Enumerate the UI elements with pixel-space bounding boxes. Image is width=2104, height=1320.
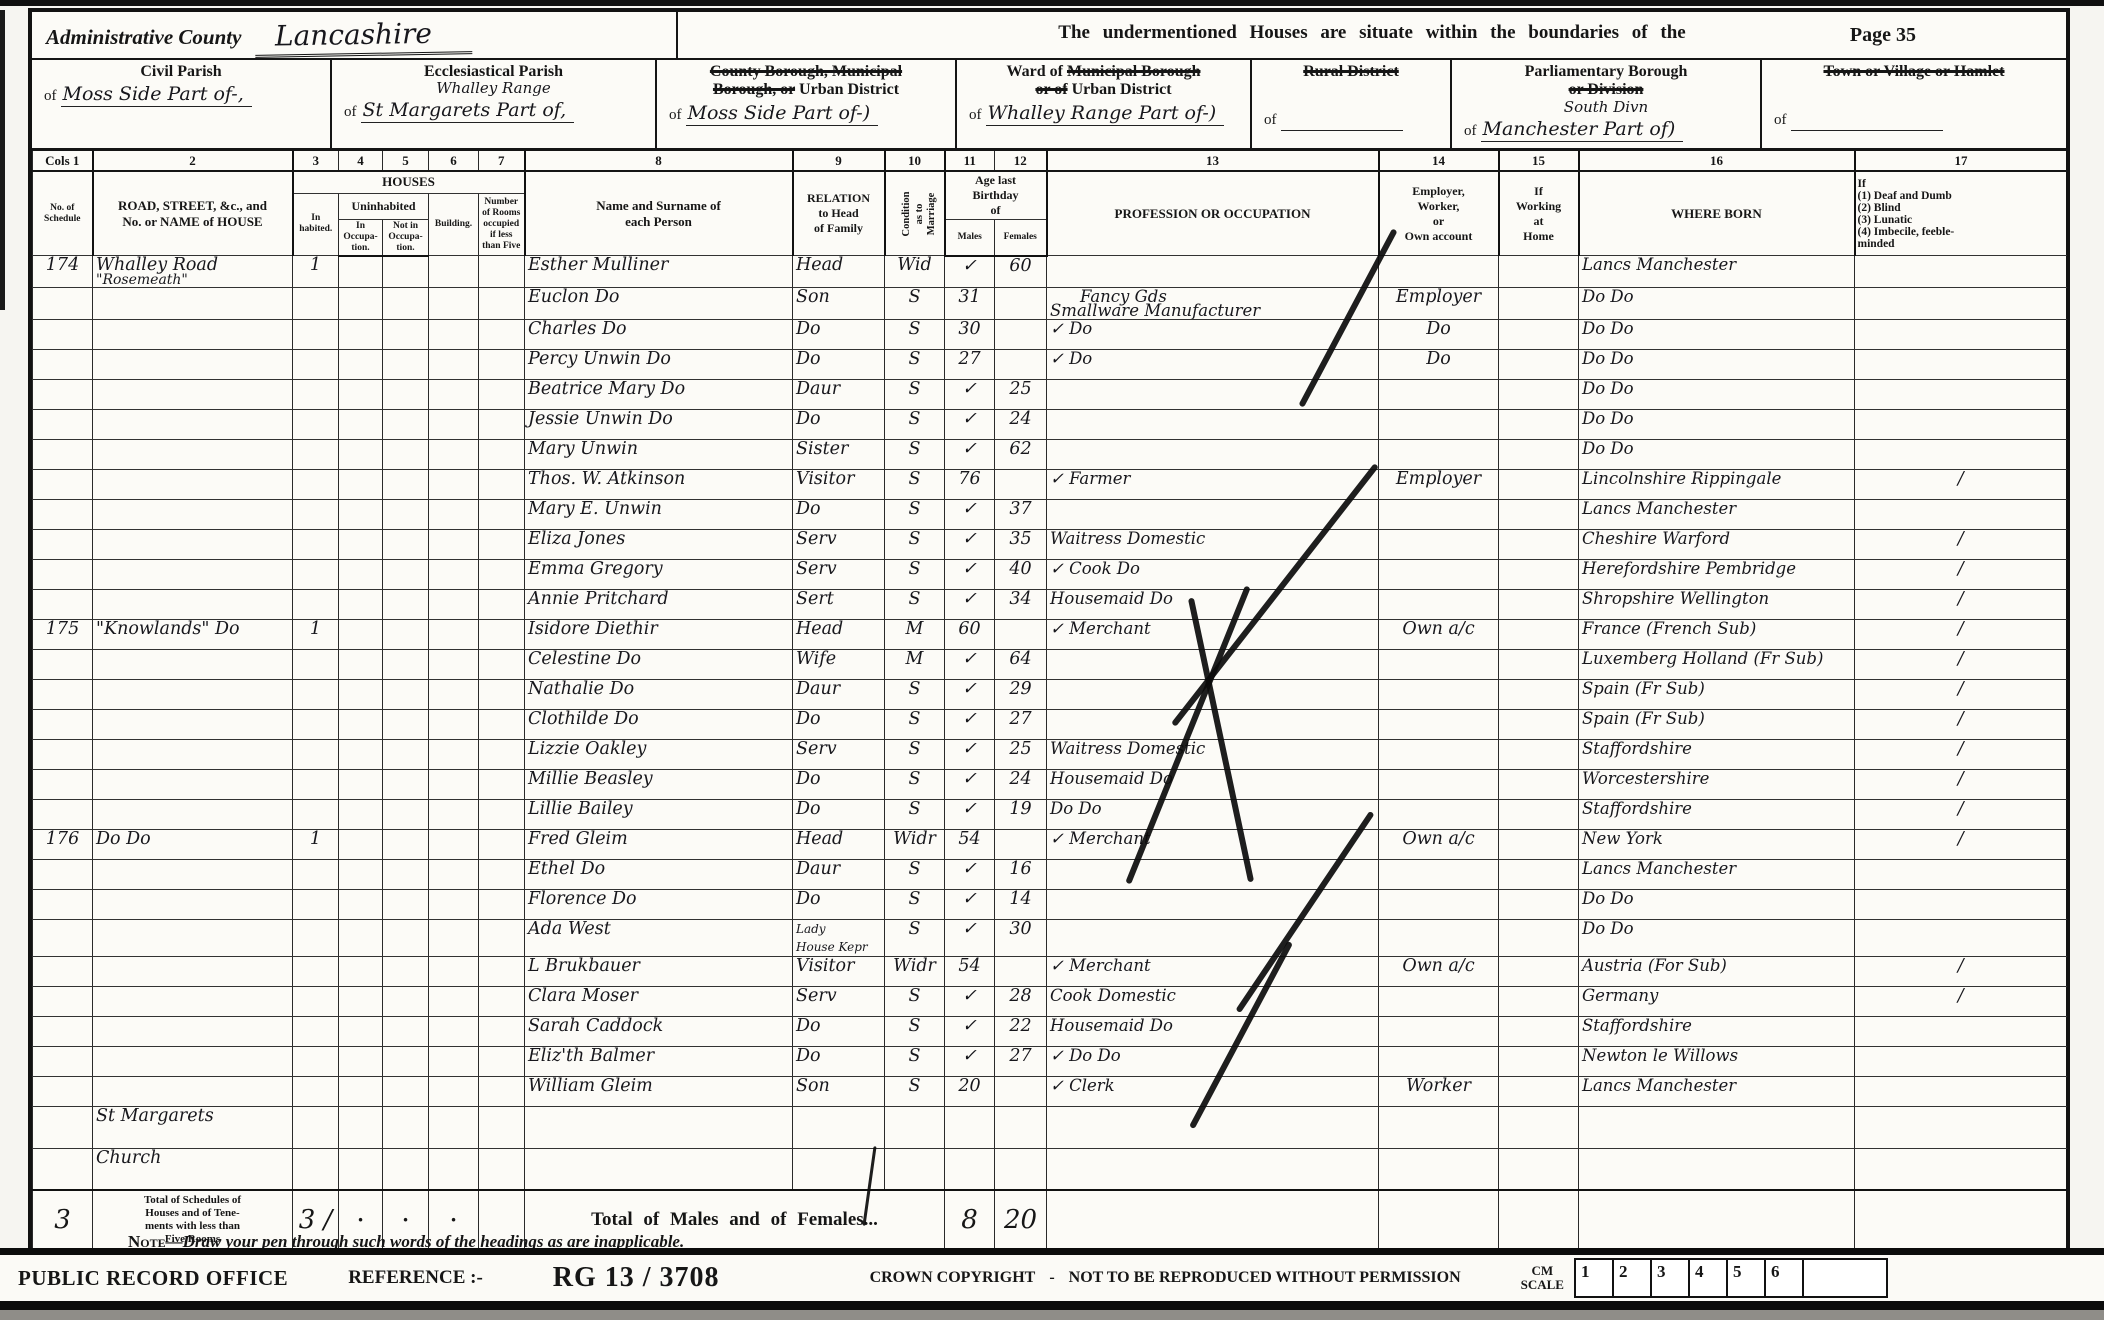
cell-o6 (429, 379, 479, 409)
cell-home (1499, 256, 1579, 288)
col-header-in-occupation: In Occupa- tion. (339, 220, 383, 256)
cell-rel: Lady House Kepr (793, 919, 885, 956)
cell-inh (293, 439, 339, 469)
scale-box-1: 1 (1574, 1258, 1612, 1298)
cell-sch (33, 349, 93, 379)
cell-road (93, 529, 293, 559)
cell-inf: / (1855, 649, 2067, 679)
colnum-13: 13 (1047, 151, 1379, 171)
census-form: Administrative County Lancashire The und… (28, 8, 2070, 1252)
table-row: Eliz'th BalmerDoS✓27✓ Do DoNewton le Wil… (33, 1046, 2067, 1076)
cell-inf: / (1855, 559, 2067, 589)
cell-af: 30 (995, 919, 1047, 956)
cell-am: ✓ (945, 439, 995, 469)
cell-occ: Housemaid Do (1047, 589, 1379, 619)
cell-sch (33, 956, 93, 986)
cell-cond: S (885, 288, 945, 320)
cell-home (1499, 469, 1579, 499)
cell-sch (33, 1148, 93, 1190)
colnum-6: 6 (429, 151, 479, 171)
cell-sch (33, 499, 93, 529)
census-scan-page: 145 Administrative County Lancashire The… (0, 0, 2104, 1320)
colnum-11: 11 (945, 151, 995, 171)
cell-o5 (383, 739, 429, 769)
cell-occ: ✓ Merchant (1047, 829, 1379, 859)
cell-occ (1047, 889, 1379, 919)
cell-cond: M (885, 619, 945, 649)
cell-occ: Housemaid Do (1047, 769, 1379, 799)
cell-inh (293, 379, 339, 409)
cell-emp: Own a/c (1379, 829, 1499, 859)
cell-o5 (383, 1106, 429, 1148)
cell-inh (293, 1046, 339, 1076)
parliamentary-struck: or Division (1569, 81, 1644, 98)
civil-parish-value: ofMoss Side Part of-, (38, 83, 324, 106)
census-rows: 174Whalley Road"Rosemeath"1Esther Mullin… (33, 256, 2067, 1191)
cell-am: ✓ (945, 649, 995, 679)
cell-inh (293, 589, 339, 619)
cell-af (995, 1076, 1047, 1106)
ward-kept-2: Urban District (1072, 81, 1172, 98)
cell-emp (1379, 986, 1499, 1016)
cell-name: Eliz'th Balmer (525, 1046, 793, 1076)
cell-born: Staffordshire (1579, 1016, 1855, 1046)
cell-rel: Serv (793, 739, 885, 769)
ward-kept-1: Ward of (1007, 63, 1063, 80)
cell-inh (293, 469, 339, 499)
cell-home (1499, 319, 1579, 349)
cell-inh (293, 986, 339, 1016)
cell-am: 60 (945, 619, 995, 649)
cell-o4 (339, 679, 383, 709)
cell-name: Esther Mulliner (525, 256, 793, 288)
cell-am: 76 (945, 469, 995, 499)
scan-left-edge (0, 10, 5, 310)
cell-inh (293, 559, 339, 589)
cell-sch: 175 (33, 619, 93, 649)
cell-af: 62 (995, 439, 1047, 469)
cell-rel (793, 1106, 885, 1148)
cell-name: Millie Beasley (525, 769, 793, 799)
cell-o4 (339, 349, 383, 379)
cell-rel: Daur (793, 679, 885, 709)
col-header-occupation: PROFESSION OR OCCUPATION (1047, 171, 1379, 256)
column-header-row: No. of Schedule ROAD, STREET, &c., and N… (33, 171, 2067, 193)
cell-sch (33, 439, 93, 469)
cell-emp (1379, 739, 1499, 769)
cell-o7 (479, 469, 525, 499)
table-row: Clothilde DoDoS✓27Spain (Fr Sub)/ (33, 709, 2067, 739)
col-header-at-home: If Working at Home (1499, 171, 1579, 256)
cell-born: Staffordshire (1579, 739, 1855, 769)
cell-sch (33, 859, 93, 889)
cell-emp (1379, 649, 1499, 679)
scale-box-3: 3 (1650, 1258, 1688, 1298)
cell-born: Herefordshire Pembridge (1579, 559, 1855, 589)
cell-road (93, 799, 293, 829)
cell-road (93, 739, 293, 769)
cell-home (1499, 288, 1579, 320)
cell-af: 34 (995, 589, 1047, 619)
scan-top-edge (0, 0, 2104, 6)
cell-road (93, 859, 293, 889)
cell-o6 (429, 739, 479, 769)
cell-o4 (339, 799, 383, 829)
cell-emp (1379, 559, 1499, 589)
cell-name: Sarah Caddock (525, 1016, 793, 1046)
cell-o6 (429, 288, 479, 320)
cell-inh (293, 919, 339, 956)
cell-cond: S (885, 709, 945, 739)
cell-sch (33, 709, 93, 739)
scale-box-6: 6 (1764, 1258, 1802, 1298)
cell-born: Newton le Willows (1579, 1046, 1855, 1076)
cell-cond: S (885, 799, 945, 829)
parliamentary-kept: Parliamentary Borough (1525, 63, 1688, 80)
administrative-county-box: Administrative County Lancashire (32, 12, 678, 58)
cell-name: Clara Moser (525, 986, 793, 1016)
cell-o7 (479, 739, 525, 769)
cell-emp: Do (1379, 349, 1499, 379)
cell-o7 (479, 288, 525, 320)
footer-copyright: CROWN COPYRIGHT (870, 1269, 1036, 1287)
cell-inf: / (1855, 469, 2067, 499)
cell-o6 (429, 439, 479, 469)
cell-occ (1047, 409, 1379, 439)
cell-o6 (429, 559, 479, 589)
cell-cond: S (885, 919, 945, 956)
cell-o4 (339, 919, 383, 956)
of-label: of (44, 88, 57, 104)
cell-o7 (479, 679, 525, 709)
civil-parish-box: Civil Parish ofMoss Side Part of-, (32, 60, 332, 148)
cell-road (93, 499, 293, 529)
cell-sch (33, 919, 93, 956)
table-row: Florence DoDoS✓14Do Do (33, 889, 2067, 919)
cell-cond: S (885, 1076, 945, 1106)
cell-o5 (383, 889, 429, 919)
cell-name: Annie Pritchard (525, 589, 793, 619)
cell-cond: S (885, 889, 945, 919)
cell-am: 54 (945, 956, 995, 986)
cell-rel: Head (793, 256, 885, 288)
parliamentary-above: South Divn (1458, 98, 1754, 116)
cell-home (1499, 739, 1579, 769)
table-row: Annie PritchardSertS✓34Housemaid DoShrop… (33, 589, 2067, 619)
of-label: of (1264, 112, 1277, 128)
scale-box-2: 2 (1612, 1258, 1650, 1298)
cell-emp (1379, 499, 1499, 529)
cell-name: L Brukbauer (525, 956, 793, 986)
cell-sch: 174 (33, 256, 93, 288)
table-row: Thos. W. AtkinsonVisitorS76✓ FarmerEmplo… (33, 469, 2067, 499)
cell-emp: Do (1379, 319, 1499, 349)
cell-o5 (383, 986, 429, 1016)
pro-reference-bar: PUBLIC RECORD OFFICE REFERENCE :- RG 13 … (0, 1248, 2104, 1310)
cell-am: 20 (945, 1076, 995, 1106)
colnum-15: 15 (1499, 151, 1579, 171)
cell-name: Jessie Unwin Do (525, 409, 793, 439)
cell-born: Do Do (1579, 409, 1855, 439)
cell-o5 (383, 439, 429, 469)
table-row: Beatrice Mary DoDaurS✓25Do Do (33, 379, 2067, 409)
cell-rel: Head (793, 619, 885, 649)
cell-name (525, 1106, 793, 1148)
cell-name: Fred Gleim (525, 829, 793, 859)
cell-inf (1855, 1076, 2067, 1106)
cell-o5 (383, 288, 429, 320)
cell-am (945, 1148, 995, 1190)
cell-o7 (479, 956, 525, 986)
cell-name: Mary E. Unwin (525, 499, 793, 529)
of-label: of (344, 104, 357, 120)
cell-inf: / (1855, 956, 2067, 986)
col-header-inhabited: In habited. (293, 193, 339, 256)
cell-born: Worcestershire (1579, 769, 1855, 799)
form-header-middle: The undermentioned Houses are situate wi… (678, 12, 2066, 58)
cell-inh (293, 889, 339, 919)
cell-emp (1379, 409, 1499, 439)
cell-af: 37 (995, 499, 1047, 529)
of-label: of (1774, 112, 1787, 128)
ecclesiastical-parish-box: Ecclesiastical Parish Whalley Range ofSt… (332, 60, 657, 148)
cell-born: Do Do (1579, 319, 1855, 349)
table-row: 175"Knowlands" Do1Isidore DiethirHeadM60… (33, 619, 2067, 649)
cell-born: Shropshire Wellington (1579, 589, 1855, 619)
cell-am: ✓ (945, 589, 995, 619)
col-header-infirmity: If (1) Deaf and Dumb (2) Blind (3) Lunat… (1855, 171, 2067, 256)
cell-o4 (339, 956, 383, 986)
table-row: Nathalie DoDaurS✓29Spain (Fr Sub)/ (33, 679, 2067, 709)
cell-born: Do Do (1579, 379, 1855, 409)
cell-road (93, 439, 293, 469)
cell-o7 (479, 1016, 525, 1046)
cell-road (93, 919, 293, 956)
cell-sch (33, 769, 93, 799)
cell-o4 (339, 859, 383, 889)
cell-o5 (383, 679, 429, 709)
cell-born: Germany (1579, 986, 1855, 1016)
cell-rel: Son (793, 288, 885, 320)
county-borough-struck-2: Borough, or (713, 81, 795, 98)
cell-o7 (479, 499, 525, 529)
colnum-1: Cols 1 (33, 151, 93, 171)
cell-o7 (479, 859, 525, 889)
cell-o7 (479, 1076, 525, 1106)
cell-occ: ✓ Do Do (1047, 1046, 1379, 1076)
cell-af: 64 (995, 649, 1047, 679)
cell-o6 (429, 469, 479, 499)
cell-af: 40 (995, 559, 1047, 589)
col-header-males: Males (945, 220, 995, 256)
cell-o4 (339, 889, 383, 919)
cell-inf: / (1855, 679, 2067, 709)
col-header-age: Age last Birthday of (945, 171, 1047, 220)
table-row: Emma GregoryServS✓40✓ Cook DoHerefordshi… (33, 559, 2067, 589)
cell-cond: S (885, 469, 945, 499)
cell-name: Mary Unwin (525, 439, 793, 469)
cell-name: Thos. W. Atkinson (525, 469, 793, 499)
cell-home (1499, 1016, 1579, 1046)
cell-am: 27 (945, 349, 995, 379)
cell-o7 (479, 619, 525, 649)
cell-occ: Housemaid Do (1047, 1016, 1379, 1046)
cell-emp (1379, 919, 1499, 956)
cell-am: ✓ (945, 769, 995, 799)
cell-o4 (339, 986, 383, 1016)
cell-am: ✓ (945, 859, 995, 889)
cell-rel: Do (793, 319, 885, 349)
cell-inf: / (1855, 619, 2067, 649)
cell-inf (1855, 349, 2067, 379)
parliamentary-borough-box: Parliamentary Borough or Division South … (1452, 60, 1762, 148)
cell-rel: Serv (793, 559, 885, 589)
table-row: Clara MoserServS✓28Cook DomesticGermany/ (33, 986, 2067, 1016)
cell-cond (885, 1148, 945, 1190)
cell-sch (33, 986, 93, 1016)
cell-occ: Waitress Domestic (1047, 739, 1379, 769)
cell-inf (1855, 1148, 2067, 1190)
cell-o5 (383, 379, 429, 409)
cell-emp (1379, 1046, 1499, 1076)
cell-occ: Cook Domestic (1047, 986, 1379, 1016)
colnum-7: 7 (479, 151, 525, 171)
cell-emp (1379, 1016, 1499, 1046)
cell-am: ✓ (945, 986, 995, 1016)
cell-home (1499, 709, 1579, 739)
cell-o7 (479, 589, 525, 619)
cell-cond: S (885, 499, 945, 529)
cell-emp (1379, 589, 1499, 619)
cell-road (93, 986, 293, 1016)
col-header-name: Name and Surname of each Person (525, 171, 793, 256)
cell-sch (33, 1076, 93, 1106)
cell-o5 (383, 799, 429, 829)
cell-cond: S (885, 439, 945, 469)
cell-af (995, 469, 1047, 499)
table-row: Percy Unwin DoDoS27✓ DoDoDo Do (33, 349, 2067, 379)
cell-occ: ✓ Merchant (1047, 619, 1379, 649)
cell-inh (293, 529, 339, 559)
cell-cond: Wid (885, 256, 945, 288)
cell-af (995, 1106, 1047, 1148)
cell-emp (1379, 679, 1499, 709)
cell-name: Charles Do (525, 319, 793, 349)
admin-county-label: Administrative County (46, 25, 241, 50)
cell-o7 (479, 559, 525, 589)
table-row: St Margarets (33, 1106, 2067, 1148)
parish-header-row: Civil Parish ofMoss Side Part of-, Eccle… (32, 60, 2066, 151)
totals-empty (1379, 1190, 1499, 1248)
cell-o4 (339, 256, 383, 288)
cell-o6 (429, 919, 479, 956)
cell-o5 (383, 619, 429, 649)
scan-bottom-edge (0, 1310, 2104, 1320)
cell-o7 (479, 349, 525, 379)
cell-af: 60 (995, 256, 1047, 288)
cell-o6 (429, 829, 479, 859)
cell-emp: Own a/c (1379, 619, 1499, 649)
cell-inf: / (1855, 829, 2067, 859)
cell-road (93, 1076, 293, 1106)
cell-name: Euclon Do (525, 288, 793, 320)
cell-born: Staffordshire (1579, 799, 1855, 829)
cell-road (93, 889, 293, 919)
table-row: Ada WestLady House KeprS✓30Do Do (33, 919, 2067, 956)
cell-rel: Do (793, 409, 885, 439)
cell-o4 (339, 1076, 383, 1106)
ward-struck-2: or of (1035, 81, 1067, 98)
cell-o6 (429, 986, 479, 1016)
cell-home (1499, 649, 1579, 679)
cell-road (93, 1016, 293, 1046)
table-row: Jessie Unwin DoDoS✓24Do Do (33, 409, 2067, 439)
cell-af (995, 349, 1047, 379)
cell-sch (33, 319, 93, 349)
table-row: Lillie BaileyDoS✓19Do DoStaffordshire/ (33, 799, 2067, 829)
cell-sch (33, 379, 93, 409)
cell-o6 (429, 256, 479, 288)
totals-males-count: 8 (945, 1190, 995, 1248)
col-header-uninhabited: Uninhabited (339, 193, 429, 220)
cell-sch (33, 679, 93, 709)
cell-o4 (339, 1148, 383, 1190)
cell-af: 16 (995, 859, 1047, 889)
cell-rel: Head (793, 829, 885, 859)
cell-inf (1855, 319, 2067, 349)
cell-o7 (479, 986, 525, 1016)
cell-o5 (383, 409, 429, 439)
cell-road: Whalley Road"Rosemeath" (93, 256, 293, 288)
cell-emp (1379, 1148, 1499, 1190)
col-header-schedule: No. of Schedule (33, 171, 93, 256)
cell-inh: 1 (293, 829, 339, 859)
cell-inf (1855, 379, 2067, 409)
cell-home (1499, 859, 1579, 889)
cell-cond: S (885, 319, 945, 349)
cell-home (1499, 769, 1579, 799)
cell-af: 24 (995, 769, 1047, 799)
cell-am: ✓ (945, 1046, 995, 1076)
scale-box-4: 4 (1688, 1258, 1726, 1298)
table-row: L BrukbauerVisitorWidr54✓ MerchantOwn a/… (33, 956, 2067, 986)
cell-home (1499, 619, 1579, 649)
cell-rel: Do (793, 1016, 885, 1046)
footer-reference-label: REFERENCE :- (348, 1267, 483, 1289)
cell-o4 (339, 529, 383, 559)
cell-o4 (339, 439, 383, 469)
cell-am: ✓ (945, 679, 995, 709)
cell-o7 (479, 1106, 525, 1148)
cell-o6 (429, 956, 479, 986)
cell-sch (33, 409, 93, 439)
cell-inf (1855, 439, 2067, 469)
table-row: Sarah CaddockDoS✓22Housemaid DoStaffords… (33, 1016, 2067, 1046)
cell-af (995, 829, 1047, 859)
cell-inf (1855, 499, 2067, 529)
colnum-5: 5 (383, 151, 429, 171)
cell-inh (293, 1076, 339, 1106)
cell-am: 31 (945, 288, 995, 320)
cell-emp (1379, 799, 1499, 829)
cell-name: William Gleim (525, 1076, 793, 1106)
cell-rel: Sert (793, 589, 885, 619)
cell-rel: Do (793, 349, 885, 379)
cell-o5 (383, 919, 429, 956)
parliamentary-value: ofManchester Part of) (1458, 118, 1754, 141)
cell-am: ✓ (945, 709, 995, 739)
cell-born: Lancs Manchester (1579, 1076, 1855, 1106)
